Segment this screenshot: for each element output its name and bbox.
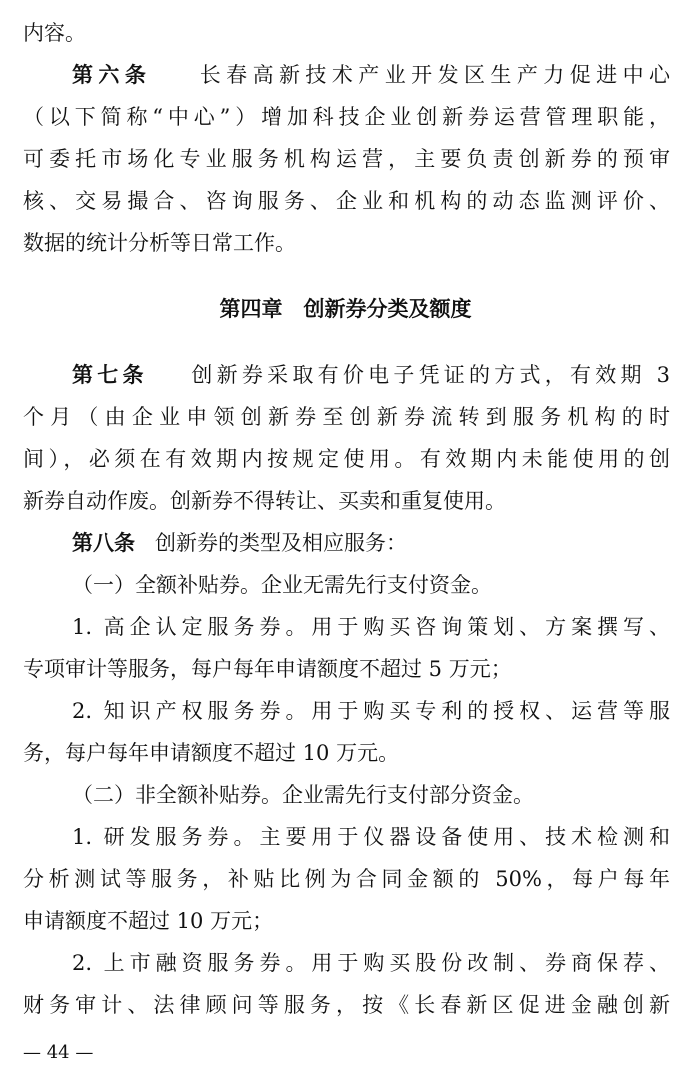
article-8-line: 第八条 创新券的类型及相应服务：: [72, 528, 670, 558]
line-text: 财务审计、法律顾问等服务，按《长春新区促进金融创新: [23, 993, 670, 1017]
line-text: 1. 高企认定服务券。用于购买咨询策划、方案撰写、: [72, 615, 670, 639]
line-text: 1. 研发服务券。主要用于仪器设备使用、技术检测和: [72, 825, 670, 849]
document-page: 内容。 第六条 长春高新技术产业开发区生产力促进中心 （以下简称“中心”）增加科…: [0, 0, 691, 1079]
section-heading-full-subsidy: （一）全额补贴券。企业无需先行支付资金。: [72, 570, 670, 600]
paragraph-line: 可委托市场化专业服务机构运营，主要负责创新券的预审: [23, 144, 670, 174]
paragraph-line: 核、交易撮合、咨询服务、企业和机构的动态监测评价、: [23, 186, 670, 216]
paragraph-line: 新券自动作废。创新券不得转让、买卖和重复使用。: [23, 486, 670, 516]
section-heading-partial-subsidy: （二）非全额补贴券。企业需先行支付部分资金。: [72, 780, 670, 810]
page-number: — 44 —: [23, 1040, 93, 1066]
article-label: 第八条: [72, 531, 135, 555]
paragraph-line: 间），必须在有效期内按规定使用。有效期内未能使用的创: [23, 444, 670, 474]
article-7-line: 第七条 创新券采取有价电子凭证的方式，有效期 3: [72, 360, 670, 390]
article-label: 第七条: [72, 363, 148, 387]
line-text: 长春高新技术产业开发区生产力促进中心: [200, 63, 670, 87]
line-text: 个月（由企业申领创新券至创新券流转到服务机构的时: [23, 405, 670, 429]
line-text: 分析测试等服务，补贴比例为合同金额的 50%，每户每年: [23, 867, 670, 891]
line-text: 2. 上市融资服务券。用于购买股份改制、券商保荐、: [72, 951, 670, 975]
paragraph-line: 内容。: [23, 18, 670, 48]
paragraph-line: 申请额度不超过 10 万元；: [23, 906, 670, 936]
line-text: 创新券采取有价电子凭证的方式，有效期 3: [191, 363, 670, 387]
line-text: 务，每户每年申请额度不超过 10 万元。: [23, 741, 399, 765]
line-text: （以下简称“中心”）增加科技企业创新券运营管理职能，: [23, 105, 670, 129]
article-label: 第六条: [72, 63, 151, 87]
line-text: 间），必须在有效期内按规定使用。有效期内未能使用的创: [23, 447, 670, 471]
line-text: 专项审计等服务，每户每年申请额度不超过 5 万元；: [23, 657, 512, 681]
line-text: 数据的统计分析等日常工作。: [23, 231, 296, 255]
paragraph-line: 2. 知识产权服务券。用于购买专利的授权、运营等服: [72, 696, 670, 726]
line-text: 新券自动作废。创新券不得转让、买卖和重复使用。: [23, 489, 506, 513]
paragraph-line: 个月（由企业申领创新券至创新券流转到服务机构的时: [23, 402, 670, 432]
article-6-line: 第六条 长春高新技术产业开发区生产力促进中心: [72, 60, 670, 90]
paragraph-line: 务，每户每年申请额度不超过 10 万元。: [23, 738, 670, 768]
paragraph-line: （以下简称“中心”）增加科技企业创新券运营管理职能，: [23, 102, 670, 132]
chapter-heading: 第四章 创新券分类及额度: [0, 294, 691, 324]
line-text: 创新券的类型及相应服务：: [155, 531, 407, 555]
line-text: 可委托市场化专业服务机构运营，主要负责创新券的预审: [23, 147, 670, 171]
paragraph-line: 专项审计等服务，每户每年申请额度不超过 5 万元；: [23, 654, 670, 684]
line-text: 内容。: [23, 21, 86, 45]
paragraph-line: 2. 上市融资服务券。用于购买股份改制、券商保荐、: [72, 948, 670, 978]
line-text: 申请额度不超过 10 万元；: [23, 909, 273, 933]
paragraph-line: 数据的统计分析等日常工作。: [23, 228, 670, 258]
paragraph-line: 财务审计、法律顾问等服务，按《长春新区促进金融创新: [23, 990, 670, 1020]
paragraph-line: 1. 研发服务券。主要用于仪器设备使用、技术检测和: [72, 822, 670, 852]
paragraph-line: 1. 高企认定服务券。用于购买咨询策划、方案撰写、: [72, 612, 670, 642]
line-text: 核、交易撮合、咨询服务、企业和机构的动态监测评价、: [23, 189, 670, 213]
line-text: 2. 知识产权服务券。用于购买专利的授权、运营等服: [72, 699, 670, 723]
line-text: （一）全额补贴券。企业无需先行支付资金。: [72, 573, 492, 597]
paragraph-line: 分析测试等服务，补贴比例为合同金额的 50%，每户每年: [23, 864, 670, 894]
line-text: （二）非全额补贴券。企业需先行支付部分资金。: [72, 783, 534, 807]
